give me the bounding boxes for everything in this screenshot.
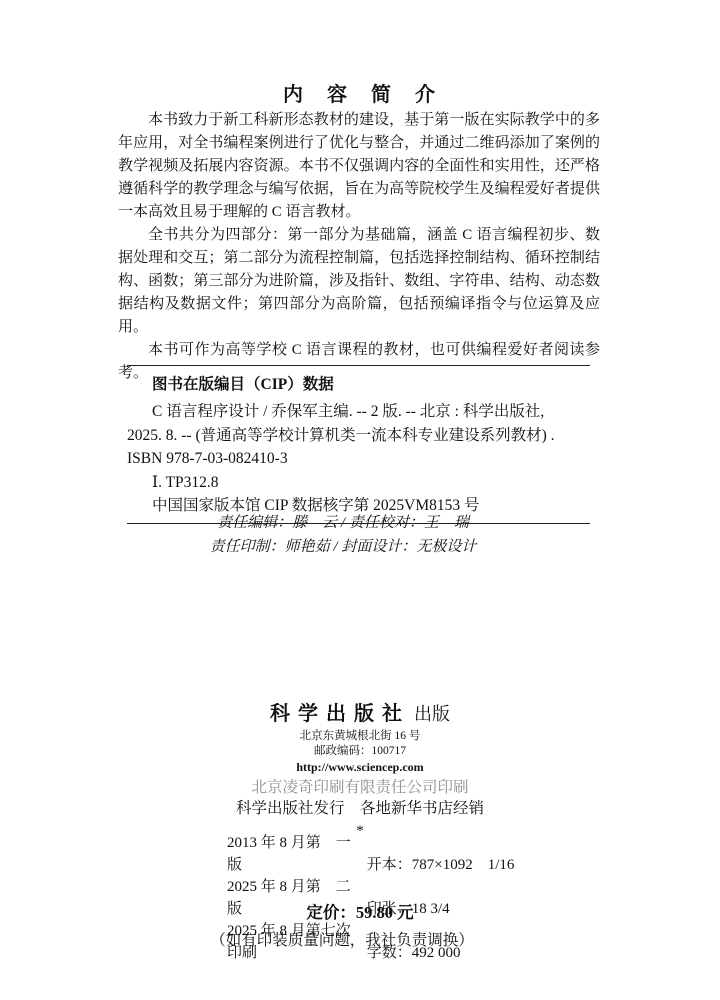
publisher-website: http://www.sciencep.com [0, 759, 720, 775]
staff-credits: 责任编辑：滕 云 / 责任校对：王 瑞 责任印制：师艳茹 / 封面设计：无极设计 [0, 511, 686, 559]
edition-row-1: 2013 年 8 月第 一 版 开本：787×1092 1/16 [227, 832, 514, 876]
price-line: 定价：59.80 元 [0, 899, 720, 923]
publisher-role-label: 出版 [414, 704, 450, 724]
publisher-logo-text: 科学出版社 [270, 703, 410, 725]
edition-row-1-right: 开本：787×1092 1/16 [367, 857, 515, 873]
publisher-postcode: 邮政编码：100717 [0, 744, 720, 759]
printer-line: 北京凌奇印刷有限责任公司印刷 [0, 778, 720, 798]
cip-line-series: 2025. 8. -- (普通高等学校计算机类一流本科专业建设系列教材) . [127, 424, 590, 448]
staff-production-line: 责任印制：师艳茹 / 封面设计：无极设计 [0, 535, 686, 559]
edition-row-1-left: 2013 年 8 月第 一 版 [227, 832, 363, 876]
cip-line-isbn: ISBN 978-7-03-082410-3 [127, 447, 590, 471]
cip-data-block: 图书在版编目（CIP）数据 C 语言程序设计 / 乔保军主编. -- 2 版. … [127, 365, 590, 524]
publisher-name-row: 科学出版社 出版 [0, 701, 720, 729]
intro-body: 本书致力于新工科新形态教材的建设，基于第一版在实际教学中的多年应用，对全书编程案… [118, 109, 600, 385]
quality-notice: （如有印装质量问题，我社负责调换） [0, 928, 684, 950]
distribution-line: 科学出版社发行 各地新华书店经销 [0, 798, 720, 820]
cip-line-title-statement: C 语言程序设计 / 乔保军主编. -- 2 版. -- 北京 : 科学出版社, [127, 400, 590, 424]
publisher-address: 北京东黄城根北街 16 号 [0, 729, 720, 744]
publisher-block: 科学出版社 出版 北京东黄城根北街 16 号 邮政编码：100717 http:… [0, 701, 720, 840]
staff-editors-line: 责任编辑：滕 云 / 责任校对：王 瑞 [0, 511, 686, 535]
cip-title: 图书在版编目（CIP）数据 [127, 374, 590, 396]
intro-paragraph-2: 全书共分为四部分：第一部分为基础篇，涵盖 C 语言编程初步、数据处理和交互；第二… [118, 224, 600, 339]
book-copyright-page: 内 容 简 介 本书致力于新工科新形态教材的建设，基于第一版在实际教学中的多年应… [0, 0, 720, 1000]
intro-title: 内 容 简 介 [0, 78, 720, 107]
intro-paragraph-1: 本书致力于新工科新形态教材的建设，基于第一版在实际教学中的多年应用，对全书编程案… [118, 109, 600, 224]
cip-line-classification: Ⅰ. TP312.8 [127, 471, 590, 495]
